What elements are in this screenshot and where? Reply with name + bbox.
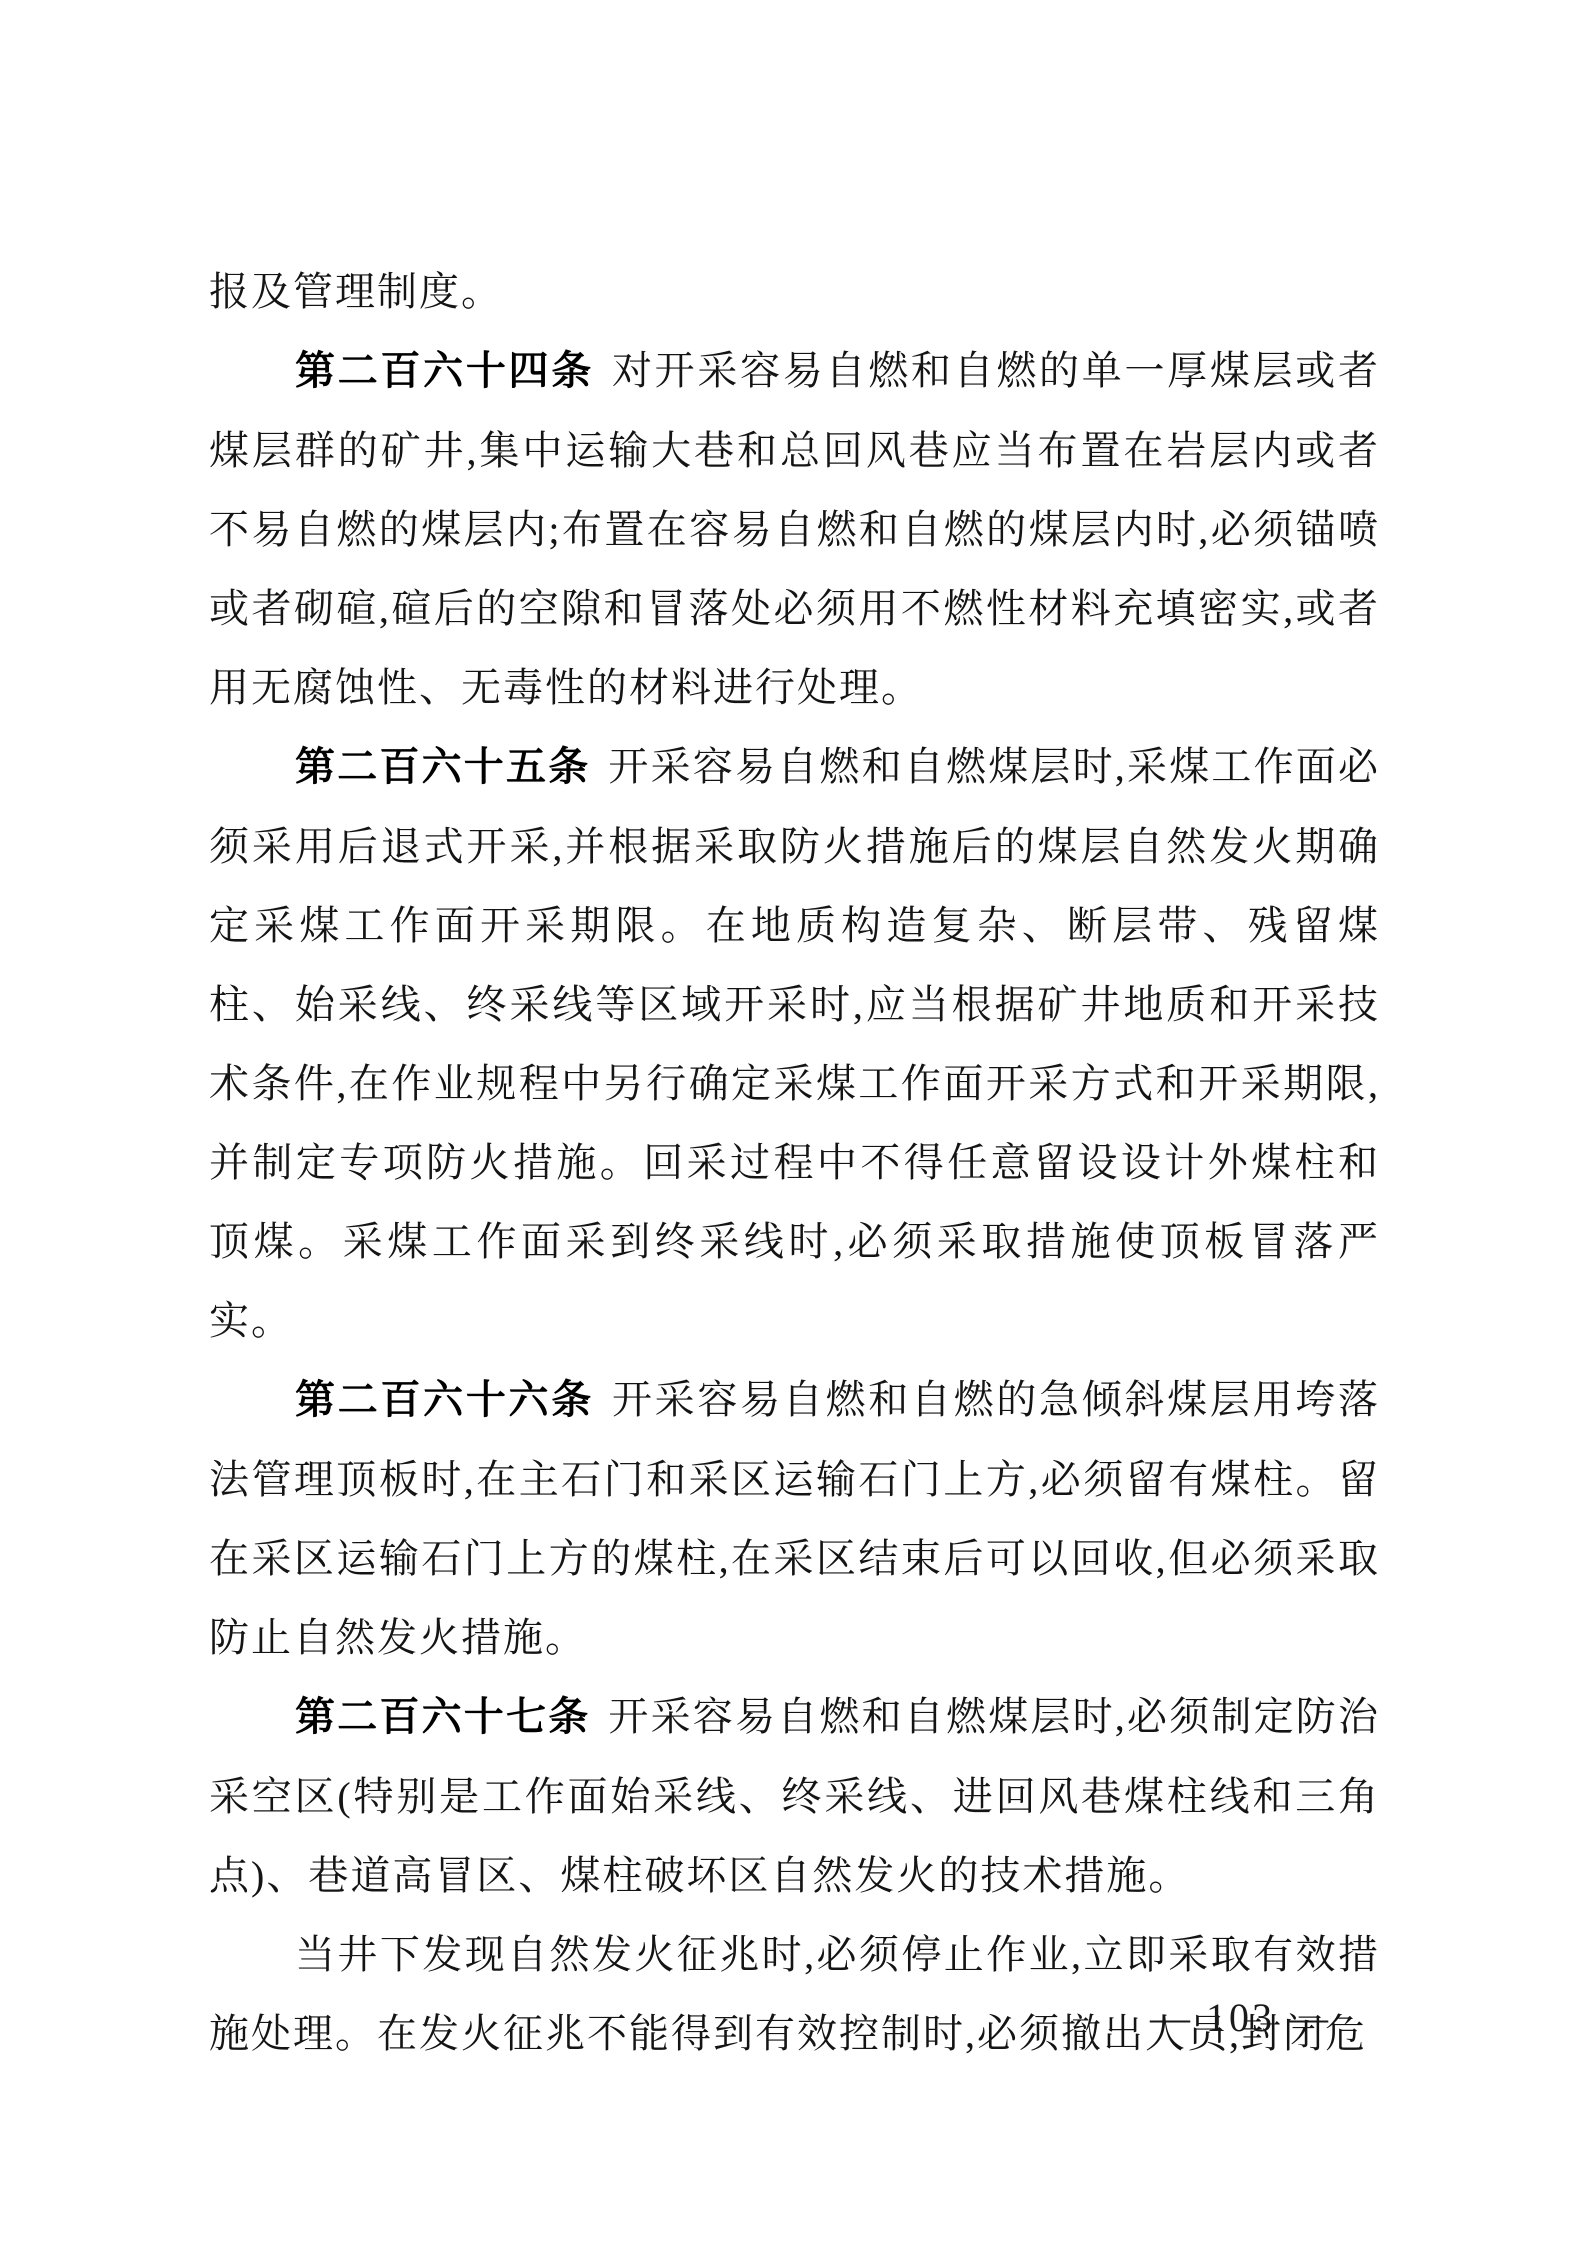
- page-number: — 103 —: [1150, 1996, 1331, 2040]
- article-number-267: 第二百六十七条: [295, 1695, 590, 1739]
- text-body: 报及管理制度。 第二百六十四条对开采容易自燃和自燃的单一厚煤层或者煤层群的矿井,…: [209, 252, 1380, 2073]
- article-number-265: 第二百六十五条: [295, 745, 590, 789]
- article-number-264: 第二百六十四条: [295, 349, 594, 393]
- paragraph-text: 对开采容易自燃和自燃的单一厚煤层或者煤层群的矿井,集中运输大巷和总回风巷应当布置…: [209, 348, 1380, 710]
- paragraph-article-264: 第二百六十四条对开采容易自燃和自燃的单一厚煤层或者煤层群的矿井,集中运输大巷和总…: [209, 331, 1380, 727]
- paragraph-text: 开采容易自燃和自燃煤层时,采煤工作面必须采用后退式开采,并根据采取防火措施后的煤…: [209, 744, 1380, 1343]
- paragraph-continuation: 报及管理制度。: [209, 252, 1380, 331]
- paragraph-fire-sign: 当井下发现自然发火征兆时,必须停止作业,立即采取有效措施处理。在发火征兆不能得到…: [209, 1915, 1380, 2073]
- article-number-266: 第二百六十六条: [295, 1378, 594, 1422]
- document-page: 报及管理制度。 第二百六十四条对开采容易自燃和自燃的单一厚煤层或者煤层群的矿井,…: [0, 0, 1587, 2245]
- paragraph-text: 报及管理制度。: [209, 269, 503, 314]
- paragraph-article-266: 第二百六十六条开采容易自燃和自燃的急倾斜煤层用垮落法管理顶板时,在主石门和采区运…: [209, 1360, 1380, 1677]
- paragraph-article-267: 第二百六十七条开采容易自燃和自燃煤层时,必须制定防治采空区(特别是工作面始采线、…: [209, 1677, 1380, 1915]
- paragraph-article-265: 第二百六十五条开采容易自燃和自燃煤层时,采煤工作面必须采用后退式开采,并根据采取…: [209, 727, 1380, 1360]
